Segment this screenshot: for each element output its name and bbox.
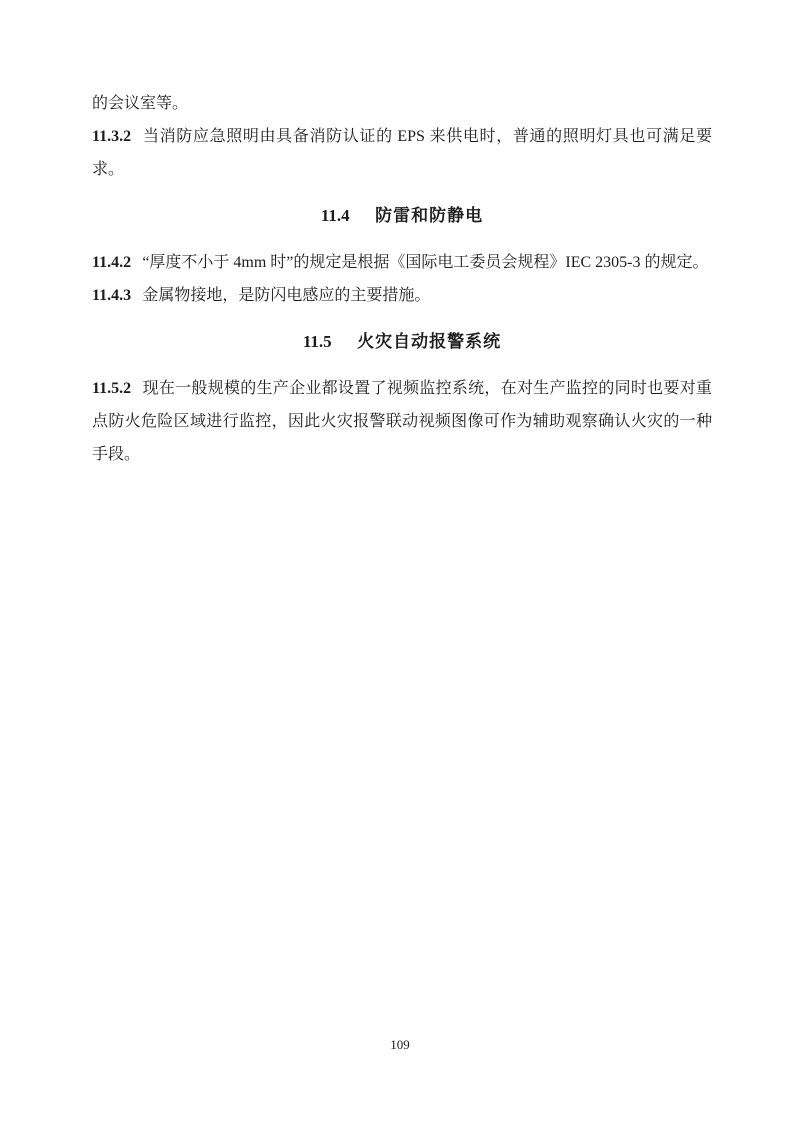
section-heading-11-5: 11.5火灾自动报警系统: [92, 325, 712, 358]
clause-number: 11.4.2: [92, 254, 142, 271]
clause-11-4-3: 11.4.3金属物接地，是防闪电感应的主要措施。: [92, 279, 712, 312]
clause-text: 金属物接地，是防闪电感应的主要措施。: [142, 287, 430, 304]
heading-title: 防雷和防静电: [375, 206, 483, 225]
document-body: 的会议室等。 11.3.2当消防应急照明由具备消防认证的 EPS 来供电时，普通…: [92, 87, 712, 471]
page-number: 109: [390, 1037, 410, 1052]
clause-11-3-2: 11.3.2当消防应急照明由具备消防认证的 EPS 来供电时，普通的照明灯具也可…: [92, 120, 712, 186]
clause-11-4-2: 11.4.2“厚度不小于 4mm 时”的规定是根据《国际电工委员会规程》IEC …: [92, 246, 712, 279]
section-heading-11-4: 11.4防雷和防静电: [92, 199, 712, 232]
clause-text: “厚度不小于 4mm 时”的规定是根据《国际电工委员会规程》IEC 2305-3…: [142, 254, 708, 271]
heading-number: 11.5: [303, 332, 357, 351]
heading-title: 火灾自动报警系统: [357, 332, 501, 351]
clause-text: 现在一般规模的生产企业都设置了视频监控系统，在对生产监控的同时也要对重点防火危险…: [92, 380, 712, 463]
clause-text: 当消防应急照明由具备消防认证的 EPS 来供电时，普通的照明灯具也可满足要求。: [92, 128, 712, 178]
paragraph-continuation: 的会议室等。: [92, 87, 712, 120]
clause-11-5-2: 11.5.2现在一般规模的生产企业都设置了视频监控系统，在对生产监控的同时也要对…: [92, 372, 712, 471]
clause-number: 11.3.2: [92, 128, 142, 145]
document-page: 的会议室等。 11.3.2当消防应急照明由具备消防认证的 EPS 来供电时，普通…: [0, 0, 800, 1131]
clause-number: 11.5.2: [92, 380, 142, 397]
heading-number: 11.4: [321, 206, 375, 225]
page-footer: 109: [0, 1035, 800, 1055]
clause-number: 11.4.3: [92, 287, 142, 304]
